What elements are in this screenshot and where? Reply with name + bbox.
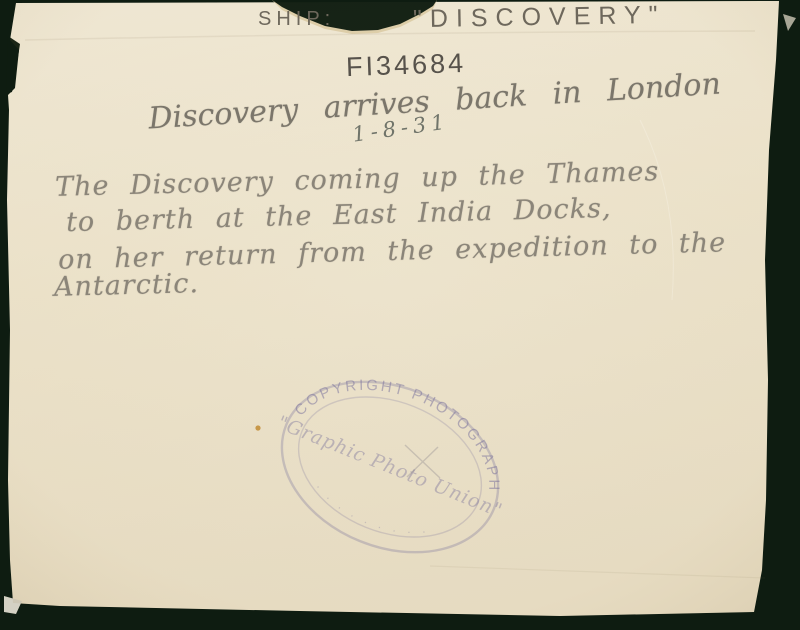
paper-artwork: COPYRIGHT PHOTOGRAPH "Graphic Photo Unio… [0,0,800,630]
photo-back-scan: COPYRIGHT PHOTOGRAPH "Graphic Photo Unio… [0,0,800,630]
top-right-chip [783,14,796,31]
vignette [7,1,779,616]
